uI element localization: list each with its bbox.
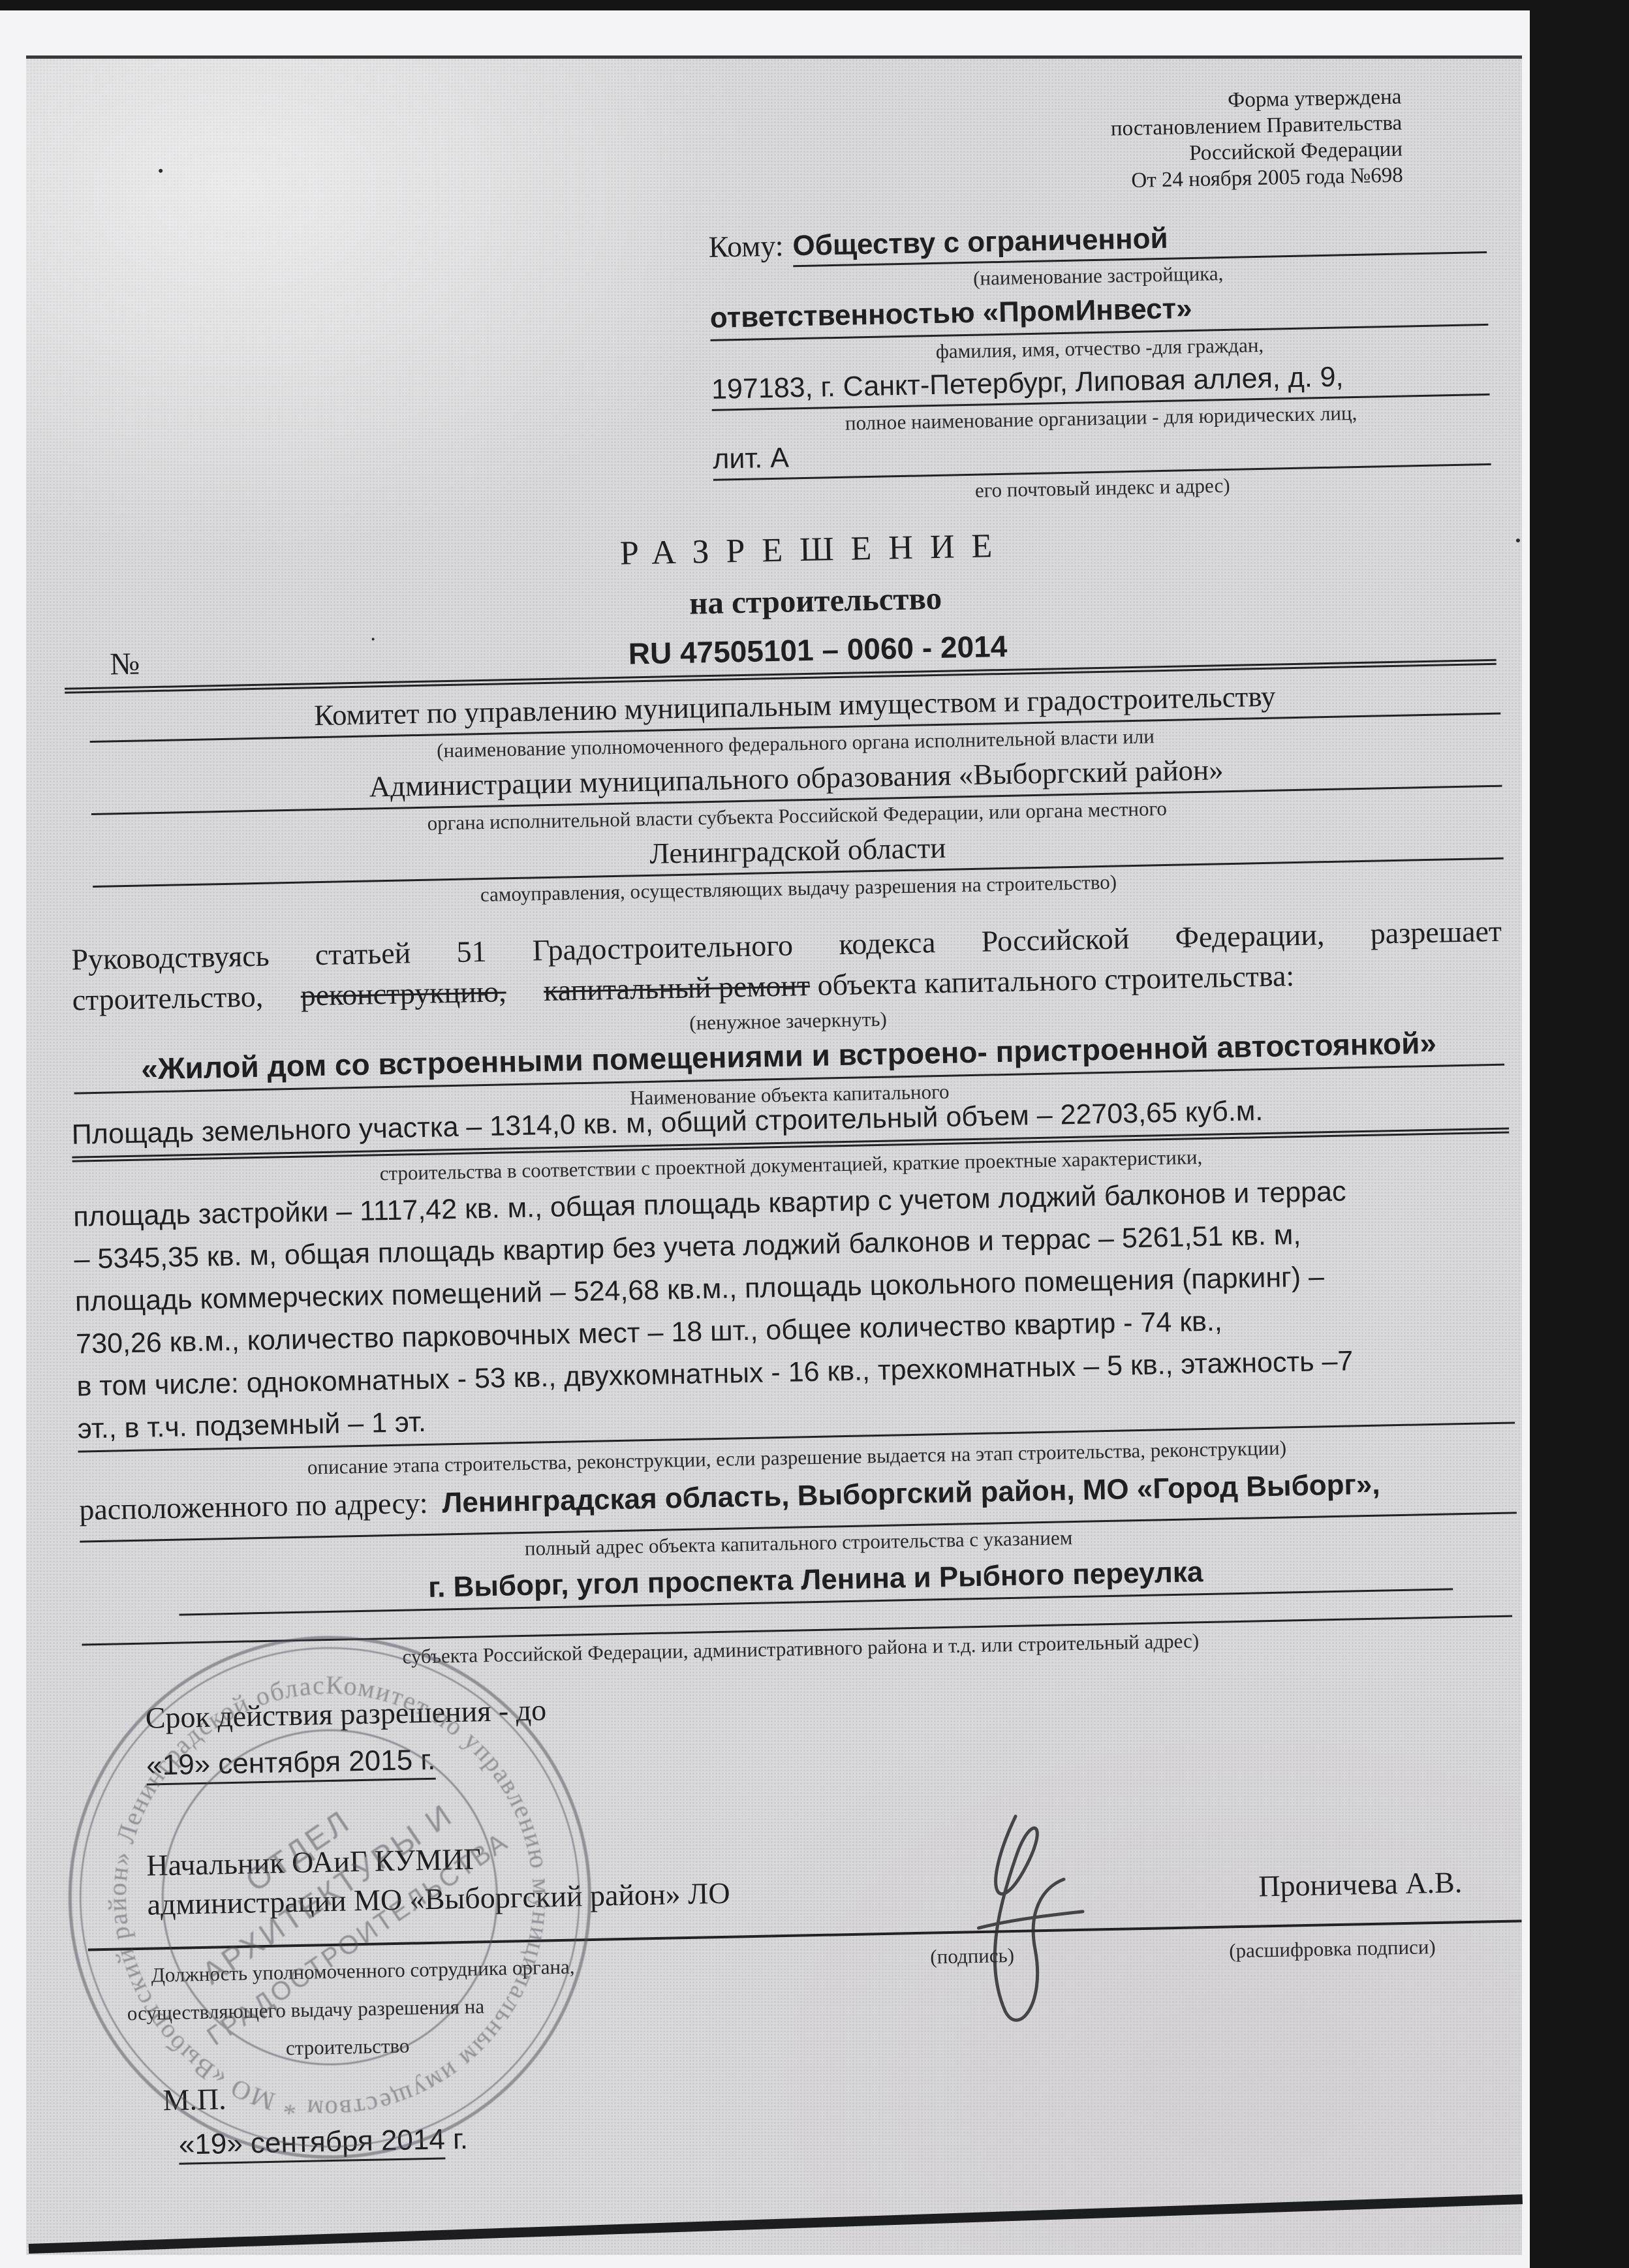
address-label: расположенного по адресу: bbox=[79, 1486, 440, 1527]
permit-number-label: № bbox=[64, 645, 140, 683]
stamp-ring-text: Комитет по управлению муниципальным имущ… bbox=[54, 1621, 561, 2130]
page-content: Форма утверждена постановлением Правител… bbox=[14, 44, 1554, 2268]
round-stamp: Комитет по управлению муниципальным имущ… bbox=[54, 1621, 606, 2173]
form-approval-line: От 24 ноября 2005 года №698 bbox=[1111, 162, 1403, 194]
issuing-authority-block: Комитет по управлению муниципальным имущ… bbox=[89, 672, 1504, 918]
document-page: Форма утверждена постановлением Правител… bbox=[26, 55, 1522, 2255]
scan-speck bbox=[159, 169, 163, 173]
signature-scribble bbox=[917, 1788, 1131, 2053]
signer-name: Проничева А.В. bbox=[1258, 1865, 1463, 1903]
clause-construction-word: строительство, bbox=[72, 980, 264, 1017]
addressee-block: Кому: Обществу с ограниченной (наименова… bbox=[708, 214, 1491, 511]
form-approval-note: Форма утверждена постановлением Правител… bbox=[1110, 84, 1403, 194]
clause-struck-reconstruction: реконструкцию, bbox=[300, 974, 506, 1012]
svg-text:Комитет по управлению муниципа: Комитет по управлению муниципальным имущ… bbox=[54, 1621, 561, 2130]
addressee-label: Кому: bbox=[708, 228, 793, 264]
signer-name-caption: (расшифровка подписи) bbox=[1229, 1932, 1436, 1966]
scanner-edge-top bbox=[0, 0, 1629, 10]
clause-struck-capital-repair: капитальный ремонт bbox=[544, 969, 811, 1007]
clause-line-2-tail: объекта капитального строительства: bbox=[817, 959, 1295, 1002]
scan-speck bbox=[1516, 538, 1520, 542]
scan-speck bbox=[372, 638, 375, 640]
characteristics-block: Площадь земельного участка – 1314,0 кв. … bbox=[71, 1087, 1515, 1488]
